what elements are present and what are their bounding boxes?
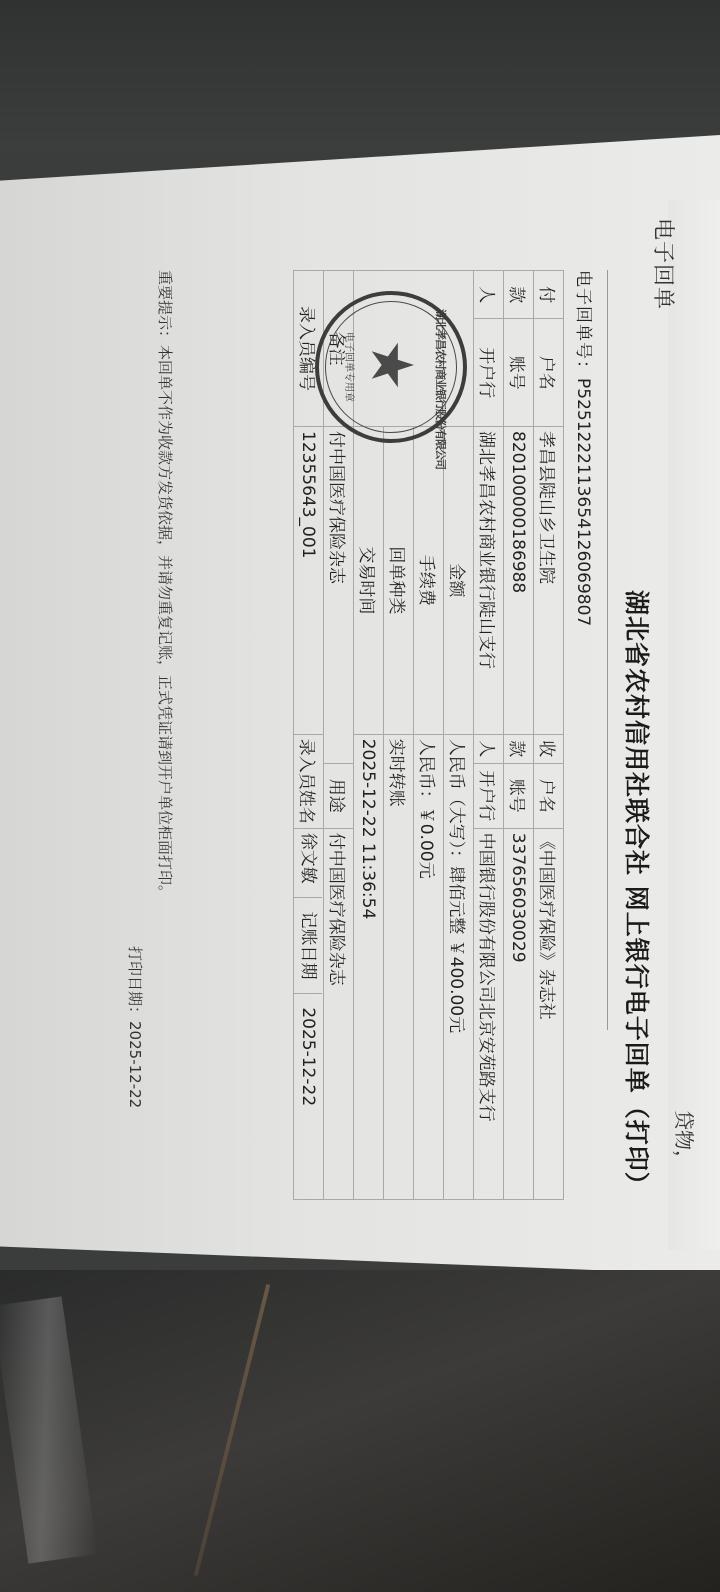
payer-name-label: 户名 bbox=[534, 319, 564, 427]
receipt-table: 付 户名 孝昌县陡山乡卫生院 收 户名 《中国医疗保险》杂志社 款 账号 820… bbox=[293, 270, 564, 1200]
receipt-type-value: 实时转账 bbox=[384, 734, 414, 1199]
payee-side-label: 收 bbox=[534, 734, 564, 763]
table-row: 湖北孝昌农村商业银行股份有限公司 ★ 电子回单专用章 金额 人民币（大写）：肆佰… bbox=[444, 271, 474, 1200]
bank-receipt: 湖北省农村信用社联合社 网上银行电子回单（打印） 电子回单号：P52512221… bbox=[100, 270, 660, 1210]
amount-value: 人民币（大写）：肆佰元整 ￥400.00元 bbox=[444, 734, 474, 1199]
print-date-value: 2025-12-22 bbox=[126, 1021, 144, 1108]
receipt-number-label: 电子回单号： bbox=[573, 270, 593, 378]
stamp-cell: 湖北孝昌农村商业银行股份有限公司 ★ 电子回单专用章 bbox=[354, 271, 474, 427]
seal-arc-text: 湖北孝昌农村商业银行股份有限公司 bbox=[433, 309, 449, 425]
payee-side-label: 款 bbox=[504, 734, 534, 763]
payer-side-label: 款 bbox=[504, 271, 534, 319]
print-date-label: 打印日期： bbox=[126, 946, 144, 1021]
transaction-time-value: 2025-12-22 11:36:54 bbox=[354, 734, 384, 1199]
posting-date: 2025-12-22 bbox=[298, 1007, 318, 1106]
payee-name: 《中国医疗保险》杂志社 bbox=[534, 828, 564, 1199]
table-row: 人 开户行 湖北孝昌农村商业银行陡山支行 人 开户行 中国银行股份有限公司北京安… bbox=[474, 271, 504, 1200]
purpose-value: 付中国医疗保险杂志 bbox=[324, 828, 354, 1199]
operator-id: 12355643_001 bbox=[294, 427, 324, 735]
operator-posting: 徐文敏 记账日期 2025-12-22 bbox=[294, 828, 324, 1199]
operator-name-label: 录入员姓名 bbox=[294, 734, 324, 828]
payer-name: 孝昌县陡山乡卫生院 bbox=[534, 427, 564, 735]
print-date: 打印日期：2025-12-22 bbox=[125, 946, 146, 1108]
note-value: 付中国医疗保险杂志 bbox=[324, 427, 354, 764]
payee-account-label: 账号 bbox=[504, 763, 534, 828]
fee-label: 手续费 bbox=[414, 427, 444, 735]
amount-label: 金额 bbox=[444, 427, 474, 735]
background-top bbox=[0, 0, 720, 150]
underlying-page-edge bbox=[668, 200, 720, 1250]
payee-account: 337656030029 bbox=[504, 828, 534, 1199]
receipt-type-label: 回单种类 bbox=[384, 427, 414, 735]
purpose-label: 用途 bbox=[324, 763, 354, 828]
underlying-page-text-2: 贷物， bbox=[671, 1110, 700, 1170]
title-divider bbox=[607, 270, 608, 1030]
table-row: 款 账号 820100000186988 款 账号 337656030029 bbox=[504, 271, 534, 1200]
payee-bank-label: 开户行 bbox=[474, 763, 504, 828]
star-icon: ★ bbox=[363, 339, 421, 391]
official-seal: 湖北孝昌农村商业银行股份有限公司 ★ 电子回单专用章 bbox=[315, 291, 467, 443]
payer-bank-label: 开户行 bbox=[474, 319, 504, 427]
posting-date-label: 记账日期 bbox=[298, 912, 318, 980]
cell-divider bbox=[294, 993, 322, 994]
payee-side-label: 人 bbox=[474, 734, 504, 763]
receipt-number: 电子回单号：P5251222113654126069807 bbox=[573, 270, 598, 626]
important-notice: 重要提示：本回单不作为收款方发货依据，并请勿重复记账，正式凭证请到开户单位柜面打… bbox=[155, 270, 176, 900]
payer-account: 820100000186988 bbox=[504, 427, 534, 735]
fee-value: 人民币：￥0.00元 bbox=[414, 734, 444, 1199]
payer-bank: 湖北孝昌农村商业银行陡山支行 bbox=[474, 427, 504, 735]
payer-account-label: 账号 bbox=[504, 319, 534, 427]
table-row: 录入员编号 12355643_001 录入员姓名 徐文敏 记账日期 2025-1… bbox=[294, 271, 324, 1200]
operator-name: 徐文敏 bbox=[298, 833, 318, 884]
cell-divider bbox=[294, 897, 322, 898]
receipt-title: 湖北省农村信用社联合社 网上银行电子回单（打印） bbox=[620, 590, 656, 1198]
payer-side-label: 付 bbox=[534, 271, 564, 319]
receipt-number-value: P5251222113654126069807 bbox=[573, 378, 593, 626]
payee-bank: 中国银行股份有限公司北京安苑路支行 bbox=[474, 828, 504, 1199]
background-surface bbox=[0, 1270, 720, 1592]
seal-center-text: 电子回单专用章 bbox=[343, 315, 358, 419]
table-row: 付 户名 孝昌县陡山乡卫生院 收 户名 《中国医疗保险》杂志社 bbox=[534, 271, 564, 1200]
transaction-time-label: 交易时间 bbox=[354, 427, 384, 735]
payer-side-label: 人 bbox=[474, 271, 504, 319]
payee-name-label: 户名 bbox=[534, 763, 564, 828]
